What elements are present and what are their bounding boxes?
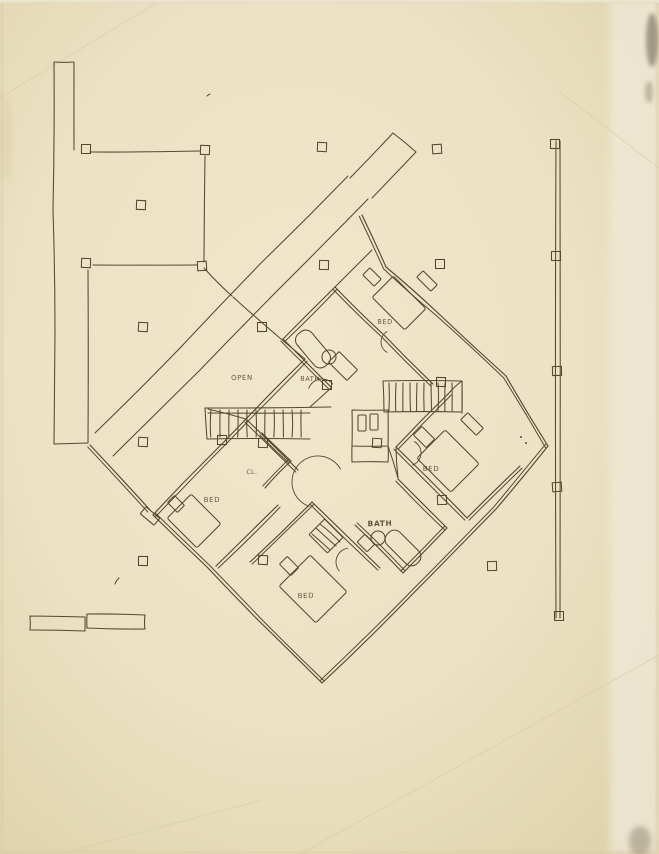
- room-label: BED: [298, 592, 315, 601]
- ink-dot: [520, 436, 522, 438]
- stair-tread: [274, 410, 275, 437]
- room-label: OPEN: [231, 374, 253, 382]
- room-label: BED: [377, 318, 393, 326]
- stain: [645, 81, 653, 103]
- wall-single: [555, 141, 556, 618]
- room-label: BED: [204, 496, 221, 504]
- stain: [1, 95, 11, 185]
- paper-edge-band: [610, 0, 659, 854]
- room-label: BATH: [300, 375, 320, 384]
- stair-tread: [395, 383, 396, 411]
- stair-tread: [247, 410, 248, 437]
- room-label: CL.: [246, 469, 257, 476]
- floor-plan-sketch: OPENBATHBEDCL.BEDBEDBATHBED: [0, 0, 659, 854]
- room-label: BED: [423, 465, 440, 473]
- stair-edge: [383, 381, 461, 382]
- stair-tread: [438, 383, 439, 411]
- stair-tread: [292, 410, 293, 437]
- ink-dot: [525, 442, 527, 444]
- room-label: BATH: [368, 519, 393, 528]
- floor-plan-canvas: OPENBATHBEDCL.BEDBEDBATHBED: [0, 0, 659, 854]
- stain: [646, 13, 658, 67]
